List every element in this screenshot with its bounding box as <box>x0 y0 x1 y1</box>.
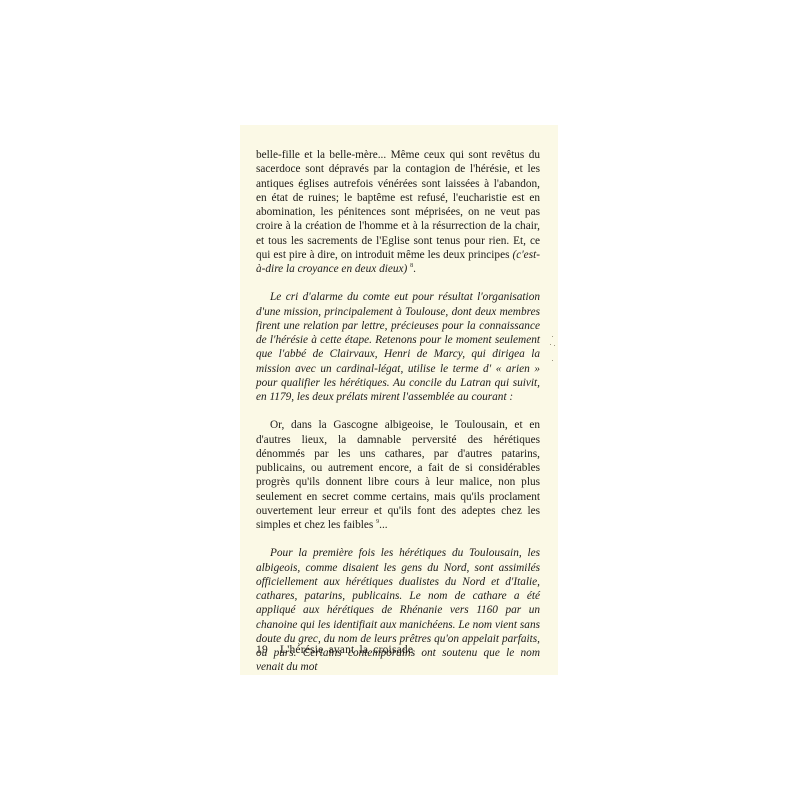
quoted-passage-2: Or, dans la Gascogne albigeoise, le Toul… <box>256 418 540 532</box>
book-page: belle-fille et la belle-mère... Même ceu… <box>240 125 558 675</box>
running-title: L'hérésie avant la croisade <box>280 644 413 656</box>
quoted-passage-1: belle-fille et la belle-mère... Même ceu… <box>256 148 540 276</box>
page-number: 19 <box>256 644 268 656</box>
commentary-paragraph-1: Le cri d'alarme du comte eut pour résult… <box>256 290 540 404</box>
scan-specks <box>550 336 556 366</box>
quote-text: Or, dans la Gascogne albigeoise, le Toul… <box>256 419 540 531</box>
commentary-text: Le cri d'alarme du comte eut pour résult… <box>256 291 540 403</box>
quote-end: ... <box>379 519 387 531</box>
quote-text: belle-fille et la belle-mère... Même ceu… <box>256 149 540 261</box>
quote-end: . <box>413 263 416 275</box>
page-footer: 19 L'hérésie avant la croisade <box>256 643 413 657</box>
